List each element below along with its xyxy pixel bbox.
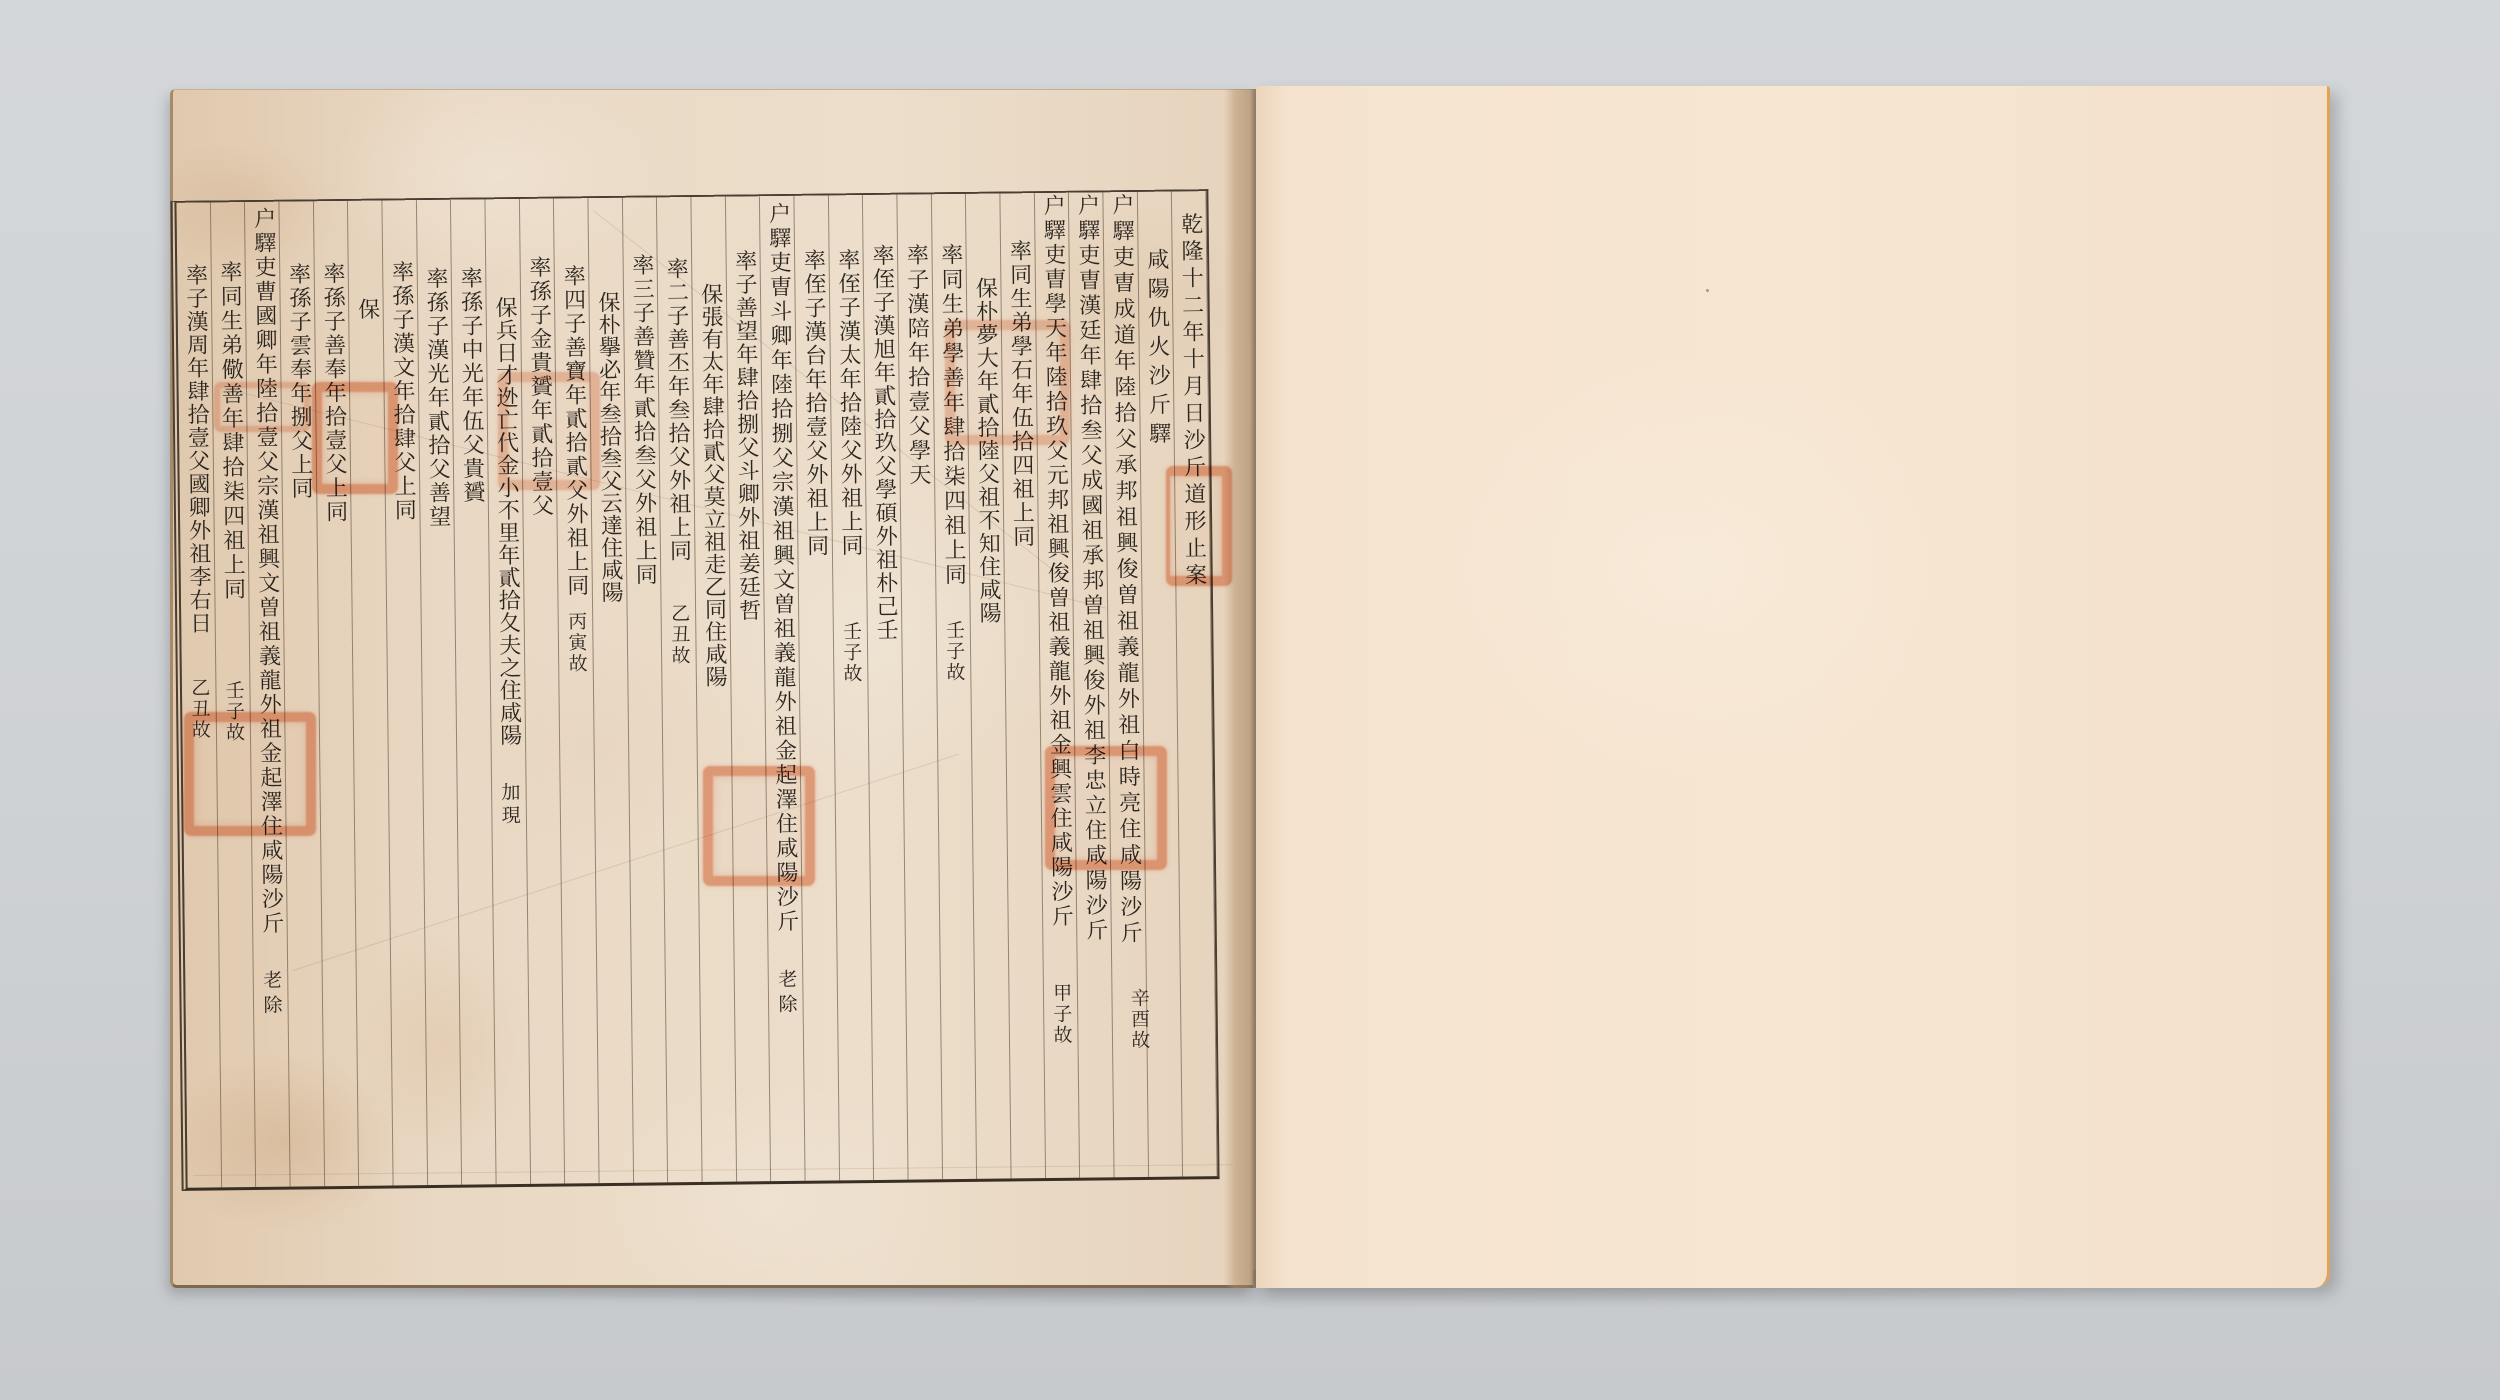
entry-status-note: 老除 <box>769 969 804 1019</box>
red-seal-stamp <box>214 382 310 432</box>
entry-status-note: 辛酉故 <box>1121 988 1156 1051</box>
document-subtitle: 咸陽仇火沙斤驛 <box>1138 248 1175 451</box>
register-entry: 保兵日才迯亡代金小不里年貳拾夂夫之住咸陽 <box>487 296 526 746</box>
entry-status-note: 壬子故 <box>834 621 869 684</box>
register-entry: 率孫子漢光年貳拾父善望 <box>418 267 455 529</box>
register-entry: 率三子善贊年貳拾叁父外祖上同 <box>623 253 661 587</box>
register-entry: 率侄子漢台年拾壹父外祖上同 <box>795 248 833 558</box>
register-entry: 率侄子漢太年拾陸父外祖上同 <box>829 248 867 558</box>
entry-status-note: 甲子故 <box>1044 983 1079 1046</box>
register-entry: 率子善望年肆拾捌父斗卿外祖姜廷哲 <box>726 249 765 622</box>
book-spine-gutter <box>1224 89 1256 1288</box>
register-entry: 率侄子漢旭年貳拾玖父學碩外祖朴己壬 <box>864 244 903 642</box>
entry-status-note: 丙寅故 <box>559 611 594 674</box>
register-entry: 率二子善丕年叁拾父外祖上同 <box>658 257 696 563</box>
register-entry: 率子漢陪年拾壹父學天 <box>898 243 935 487</box>
red-seal-stamp <box>184 712 316 836</box>
entry-status-note: 壬子故 <box>937 620 972 683</box>
red-seal-stamp <box>1166 466 1232 586</box>
entry-status-note: 加現 <box>492 782 527 828</box>
red-seal-stamp <box>312 382 398 494</box>
red-seal-stamp <box>1045 746 1167 870</box>
red-seal-stamp <box>703 766 815 886</box>
register-entry: 保 <box>349 298 384 322</box>
red-seal-stamp <box>945 320 1070 445</box>
right-page <box>1256 86 2330 1288</box>
entry-status-note: 乙丑故 <box>662 603 697 666</box>
entry-status-note: 老除 <box>254 970 289 1020</box>
register-entry: 率孫子中光年伍父貴贇 <box>452 266 489 504</box>
red-seal-stamp <box>498 372 600 490</box>
register-entry: 保張有太年肆拾貳父莫立祖走乙同住咸陽 <box>692 283 731 688</box>
register-entry: 率子漢周年肆拾壹父國卿外祖李右日 <box>177 263 216 635</box>
paper-speck <box>1706 289 1709 292</box>
